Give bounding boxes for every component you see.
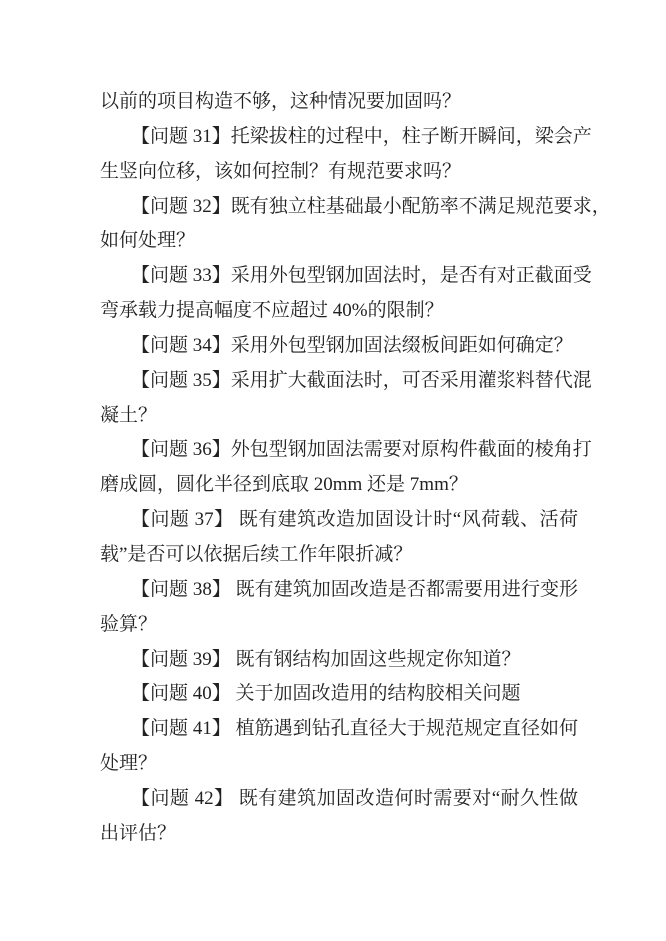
text-line: 【问题 37】 既有建筑改造加固设计时“风荷载、活荷 [100, 503, 578, 538]
text-line: 【问题 41】 植筋遇到钻孔直径大于规范规定直径如何 [100, 712, 578, 747]
document-page: 以前的项目构造不够，这种情况要加固吗？【问题 31】托梁拔柱的过程中，柱子断开瞬… [0, 0, 666, 941]
text-line: 【问题 42】 既有建筑加固改造何时需要对“耐久性做 [100, 782, 578, 817]
text-line: 【问题 40】 关于加固改造用的结构胶相关问题 [100, 677, 578, 712]
text-line: 【问题 31】托梁拔柱的过程中，柱子断开瞬间，梁会产 [100, 120, 578, 155]
text-content: 以前的项目构造不够，这种情况要加固吗？【问题 31】托梁拔柱的过程中，柱子断开瞬… [100, 85, 578, 852]
text-line: 以前的项目构造不够，这种情况要加固吗？ [100, 85, 578, 120]
text-line: 如何处理？ [100, 224, 578, 259]
text-line: 弯承载力提高幅度不应超过 40%的限制？ [100, 294, 578, 329]
text-line: 验算？ [100, 608, 578, 643]
text-line: 【问题 39】 既有钢结构加固这些规定你知道？ [100, 643, 578, 678]
text-line: 处理？ [100, 747, 578, 782]
text-line: 【问题 38】 既有建筑加固改造是否都需要用进行变形 [100, 573, 578, 608]
text-line: 【问题 36】外包型钢加固法需要对原构件截面的棱角打 [100, 433, 578, 468]
text-line: 生竖向位移，该如何控制？有规范要求吗？ [100, 155, 578, 190]
text-line: 【问题 34】采用外包型钢加固法缀板间距如何确定？ [100, 329, 578, 364]
text-line: 磨成圆，圆化半径到底取 20mm 还是 7mm？ [100, 468, 578, 503]
text-line: 【问题 35】采用扩大截面法时，可否采用灌浆料替代混 [100, 364, 578, 399]
text-line: 凝土？ [100, 399, 578, 434]
text-line: 载”是否可以依据后续工作年限折减？ [100, 538, 578, 573]
text-line: 【问题 32】既有独立柱基础最小配筋率不满足规范要求， [100, 190, 578, 225]
text-line: 出评估？ [100, 817, 578, 852]
text-line: 【问题 33】采用外包型钢加固法时，是否有对正截面受 [100, 259, 578, 294]
